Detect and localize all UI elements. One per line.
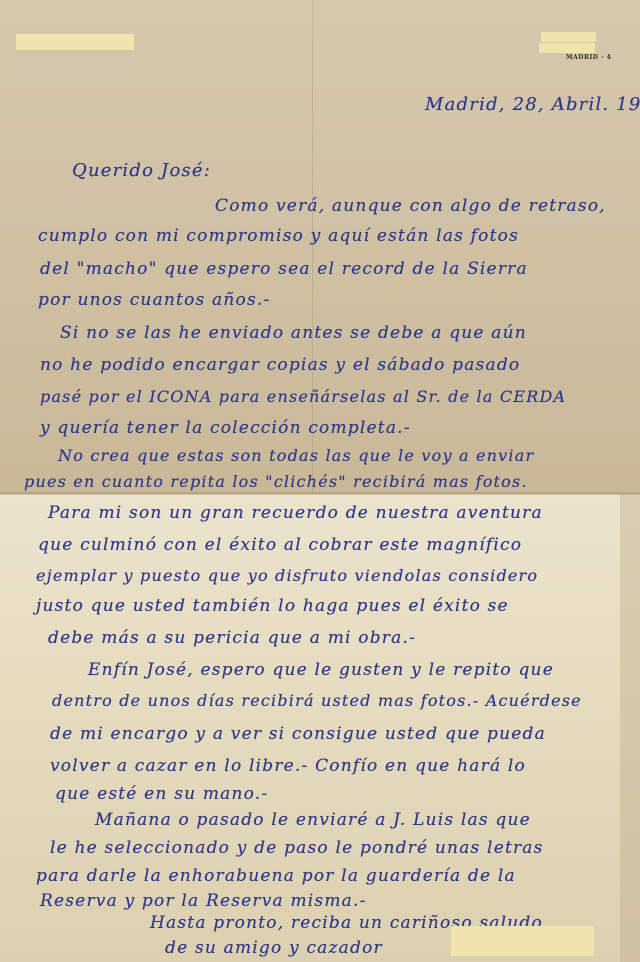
letter-line: ejemplar y puesto que yo disfruto viendo… <box>36 568 538 584</box>
letter-line: volver a cazar en lo libre.- Confío en q… <box>50 758 526 775</box>
letter-line: Enfín José, espero que le gusten y le re… <box>88 662 554 679</box>
redaction-top-left <box>16 34 134 50</box>
letter-line: por unos cuantos años.- <box>38 292 270 309</box>
salutation: Querido José: <box>72 162 211 180</box>
letter-line: que esté en su mano.- <box>55 786 268 803</box>
letter-line: justo que usted también lo haga pues el … <box>36 598 509 615</box>
letter-line: Mañana o pasado le enviaré a J. Luis las… <box>95 812 531 829</box>
letter-line: Para mi son un gran recuerdo de nuestra … <box>48 505 543 522</box>
letter-line: del "macho" que espero sea el record de … <box>40 261 528 278</box>
letter-line: que culminó con el éxito al cobrar este … <box>38 537 522 554</box>
place-date: Madrid, 28, Abril. 1975 <box>425 96 640 114</box>
redaction-signature <box>451 926 594 956</box>
letter-line: para darle la enhorabuena por la guarder… <box>36 868 516 885</box>
letter-line: le he seleccionado y de paso le pondré u… <box>50 840 544 857</box>
letter-line: cumplo con mi compromiso y aquí están la… <box>38 228 519 245</box>
letter-line: pasé por el ICONA para enseñárselas al S… <box>40 389 566 405</box>
redaction-letterhead-2 <box>539 43 595 53</box>
letter-line: Si no se las he enviado antes se debe a … <box>60 325 527 342</box>
letter-line: y quería tener la colección completa.- <box>40 420 411 437</box>
letter-line: No crea que estas son todas las que le v… <box>58 448 534 464</box>
photo-seam <box>0 492 640 495</box>
letter-line: debe más a su pericia que a mi obra.- <box>48 630 416 647</box>
letter-line: pues en cuanto repita los "clichés" reci… <box>24 474 528 490</box>
letter-line: no he podido encargar copias y el sábado… <box>40 357 520 374</box>
letter-line: de mi encargo y a ver si consigue usted … <box>50 726 546 743</box>
redaction-letterhead-1 <box>541 32 596 42</box>
letterhead-city: MADRID - 4 <box>566 54 611 61</box>
letter-line: Reserva y por la Reserva misma.- <box>40 893 367 910</box>
closing-line: de su amigo y cazador <box>165 940 383 957</box>
letter-line: Como verá, aunque con algo de retraso, <box>215 198 606 215</box>
letter-line: dentro de unos días recibirá usted mas f… <box>52 693 582 709</box>
